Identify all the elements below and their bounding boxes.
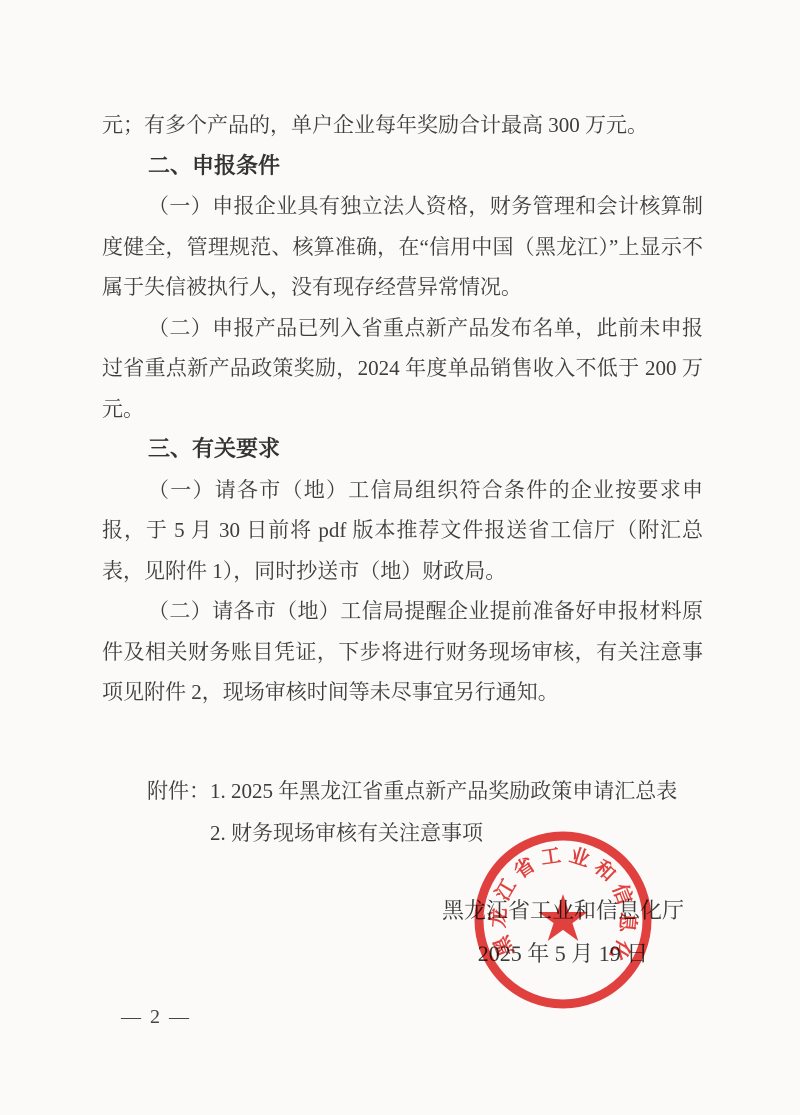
attachment-item: 1. 2025 年黑龙江省重点新产品奖励政策申请汇总表 bbox=[210, 770, 677, 812]
page-number: — 2 — bbox=[121, 1005, 191, 1029]
paragraph: （二）申报产品已列入省重点新产品发布名单，此前未申报过省重点新产品政策奖励，20… bbox=[102, 308, 703, 430]
signature-issuer: 黑龙江省工业和信息化厅 bbox=[403, 889, 723, 932]
paragraph: （一）请各市（地）工信局组织符合条件的企业按要求申报，于 5 月 30 日前将 … bbox=[102, 470, 703, 592]
paragraph: （二）请各市（地）工信局提醒企业提前准备好申报材料原件及相关财务账目凭证，下步将… bbox=[102, 591, 703, 713]
section-heading-2: 二、申报条件 bbox=[102, 146, 703, 187]
attachments-label: 附件： bbox=[147, 770, 210, 812]
signature-block: 黑龙江省工业和信息化厅 2025 年 5 月 19 日 bbox=[403, 889, 723, 975]
paragraph: （一）申报企业具有独立法人资格，财务管理和会计核算制度健全，管理规范、核算准确，… bbox=[102, 186, 703, 308]
document-page: 元；有多个产品的，单户企业每年奖励合计最高 300 万元。 二、申报条件 （一）… bbox=[0, 0, 800, 1115]
continuation-line: 元；有多个产品的，单户企业每年奖励合计最高 300 万元。 bbox=[102, 105, 703, 146]
attachments-list: 1. 2025 年黑龙江省重点新产品奖励政策申请汇总表 2. 财务现场审核有关注… bbox=[210, 770, 677, 854]
signature-date: 2025 年 5 月 19 日 bbox=[403, 932, 723, 975]
document-body: 元；有多个产品的，单户企业每年奖励合计最高 300 万元。 二、申报条件 （一）… bbox=[102, 105, 703, 713]
attachment-item: 2. 财务现场审核有关注意事项 bbox=[210, 812, 677, 854]
attachments-block: 附件： 1. 2025 年黑龙江省重点新产品奖励政策申请汇总表 2. 财务现场审… bbox=[147, 770, 677, 854]
section-heading-3: 三、有关要求 bbox=[102, 429, 703, 470]
